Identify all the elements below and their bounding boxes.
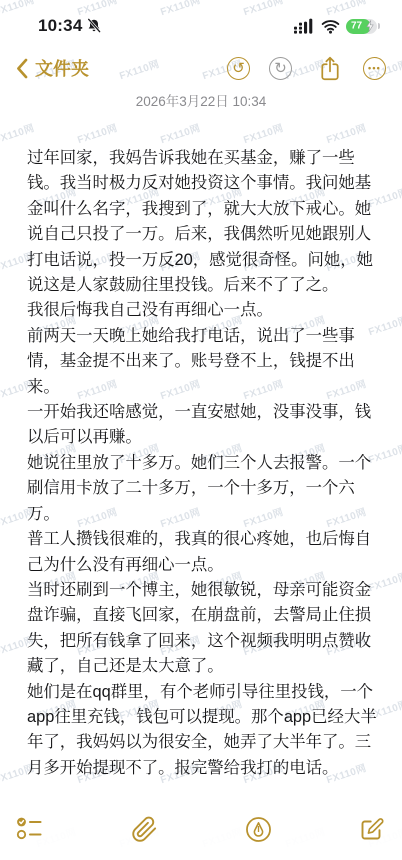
battery-indicator: 77	[346, 19, 380, 34]
back-label: 文件夹	[35, 55, 89, 81]
nav-bar: 文件夹 ↺ ↻ •••	[0, 48, 402, 88]
note-paragraph: 普工人攒钱很难的，我真的很心疼她，也后悔自己为什么没有再细心一点。	[27, 527, 377, 578]
note-paragraph: 一开始我还啥感觉，一直安慰她，没事没事，钱以后可以再赚。	[27, 400, 377, 451]
redo-button[interactable]: ↻	[269, 57, 292, 80]
attachment-button[interactable]	[131, 816, 158, 843]
bell-slash-icon	[86, 18, 102, 34]
ellipsis-icon: •••	[368, 64, 381, 73]
note-paragraph: 前两天一天晚上她给我打电话，说出了一些事情，基金提不出来了。账号登不上，钱提不出…	[27, 324, 377, 400]
note-paragraph: 她说往里放了十多万。她们三个人去报警。一个刷信用卡放了二十多万，一个十多万，一个…	[27, 451, 377, 527]
back-button-folders[interactable]: 文件夹	[16, 55, 89, 81]
bottom-toolbar	[0, 804, 402, 860]
compose-note-button[interactable]	[358, 816, 385, 843]
notes-app-screen: FX110网FX110网FX110网FX110网FX110网FX110网FX11…	[0, 0, 402, 860]
clock: 10:34	[38, 16, 82, 36]
more-options-button[interactable]: •••	[363, 57, 386, 80]
note-paragraph: 当时还刷到一个博主，她很敏锐，母亲可能资金盘诈骗，直接飞回家，在崩盘前，去警局止…	[27, 578, 377, 680]
wifi-icon	[321, 19, 340, 34]
compose-icon	[358, 816, 385, 843]
chevron-left-icon	[16, 58, 28, 79]
cellular-signal-icon	[294, 18, 315, 34]
status-bar: 10:34	[0, 0, 402, 40]
charging-bolt-icon	[366, 20, 374, 32]
undo-icon: ↺	[232, 61, 245, 76]
note-editor[interactable]: 过年回家，我妈告诉我她在买基金，赚了一些钱。我当时极力反对她投资这个事情。我问她…	[27, 146, 377, 781]
battery-percent: 77	[351, 21, 362, 32]
share-icon	[319, 55, 341, 82]
share-button[interactable]	[319, 55, 341, 82]
paperclip-icon	[131, 816, 158, 843]
markup-pen-icon	[245, 816, 272, 843]
note-paragraph: 过年回家，我妈告诉我她在买基金，赚了一些钱。我当时极力反对她投资这个事情。我问她…	[27, 146, 377, 298]
undo-button[interactable]: ↺	[227, 57, 250, 80]
note-paragraph: 她们是在qq群里，有个老师引导往里投钱，一个app往里充钱，钱包可以提现。那个a…	[27, 680, 377, 782]
checklist-button[interactable]	[16, 816, 45, 841]
note-paragraph: 我很后悔我自己没有再细心一点。	[27, 298, 377, 323]
checklist-icon	[16, 816, 45, 841]
markup-button[interactable]	[245, 816, 272, 843]
note-date: 2026年3月22日 10:34	[0, 90, 402, 110]
redo-icon: ↻	[274, 61, 287, 76]
